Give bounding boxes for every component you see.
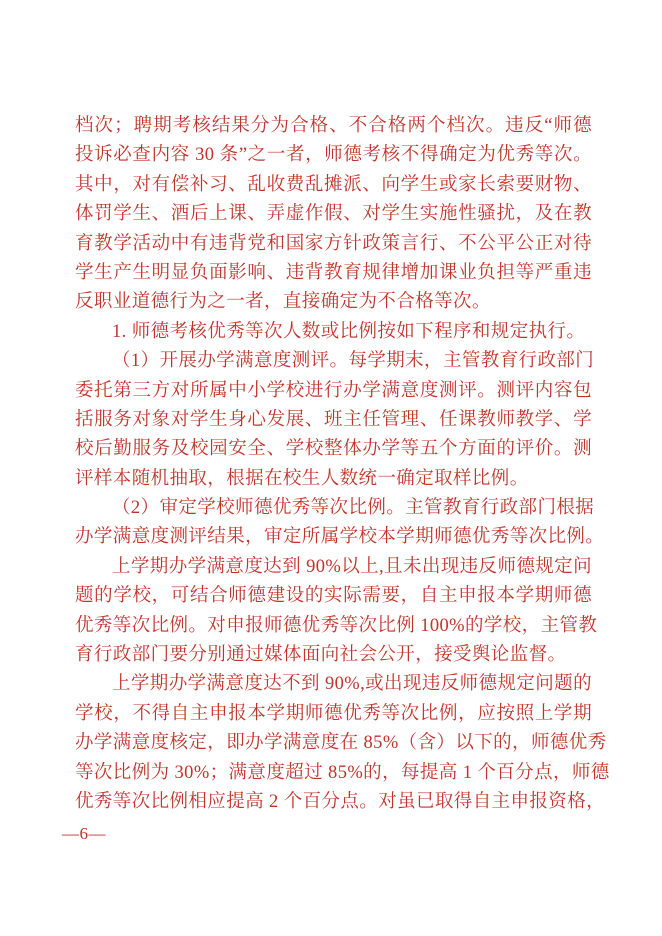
document-line: 评样本随机抽取，根据在校生人数统一确定取样比例。 (75, 465, 592, 494)
document-line: 题的学校，可结合师德建设的实际需要，自主申报本学期师德 (75, 582, 592, 611)
document-line: 优秀等次比例。对申报师德优秀等次比例 100%的学校，主管教 (75, 612, 592, 641)
document-line: 委托第三方对所属中小学校进行办学满意度测评。测评内容包 (75, 377, 592, 406)
document-line: 档次；聘期考核结果分为合格、不合格两个档次。违反“师德 (75, 112, 592, 141)
page-number: —6— (62, 824, 106, 844)
document-line: 括服务对象对学生身心发展、班主任管理、任课教师教学、学 (75, 406, 592, 435)
document-line: 体罚学生、酒后上课、弄虚作假、对学生实施性骚扰，及在教 (75, 200, 592, 229)
document-line: 育行政部门要分别通过媒体面向社会公开，接受舆论监督。 (75, 641, 592, 670)
document-line: 等次比例为 30%；满意度超过 85%的，每提高 1 个百分点，师德 (75, 759, 592, 788)
document-line: 办学满意度核定，即办学满意度在 85%（含）以下的，师德优秀 (75, 729, 592, 758)
document-line: 学校，不得自主申报本学期师德优秀等次比例，应按照上学期 (75, 700, 592, 729)
document-line: 学生产生明显负面影响、违背教育规律增加课业负担等严重违 (75, 259, 592, 288)
document-line: 其中，对有偿补习、乱收费乱摊派、向学生或家长索要财物、 (75, 171, 592, 200)
document-line: 上学期办学满意度达到 90%以上,且未出现违反师德规定问 (75, 553, 592, 582)
document-page: 档次；聘期考核结果分为合格、不合格两个档次。违反“师德投诉必查内容 30 条”之… (0, 0, 662, 936)
document-line: （2）审定学校师德优秀等次比例。主管教育行政部门根据 (75, 494, 592, 523)
document-line: 校后勤服务及校园安全、学校整体办学等五个方面的评价。测 (75, 435, 592, 464)
document-line: 1. 师德考核优秀等次人数或比例按如下程序和规定执行。 (75, 318, 592, 347)
document-body: 档次；聘期考核结果分为合格、不合格两个档次。违反“师德投诉必查内容 30 条”之… (75, 112, 592, 817)
document-line: 反职业道德行为之一者，直接确定为不合格等次。 (75, 288, 592, 317)
document-line: 上学期办学满意度达不到 90%,或出现违反师德规定问题的 (75, 670, 592, 699)
document-line: 办学满意度测评结果，审定所属学校本学期师德优秀等次比例。 (75, 523, 592, 552)
document-line: 投诉必查内容 30 条”之一者，师德考核不得确定为优秀等次。 (75, 141, 592, 170)
document-line: 育教学活动中有违背党和国家方针政策言行、不公平公正对待 (75, 230, 592, 259)
document-line: （1）开展办学满意度测评。每学期末，主管教育行政部门 (75, 347, 592, 376)
document-line: 优秀等次比例相应提高 2 个百分点。对虽已取得自主申报资格， (75, 788, 592, 817)
